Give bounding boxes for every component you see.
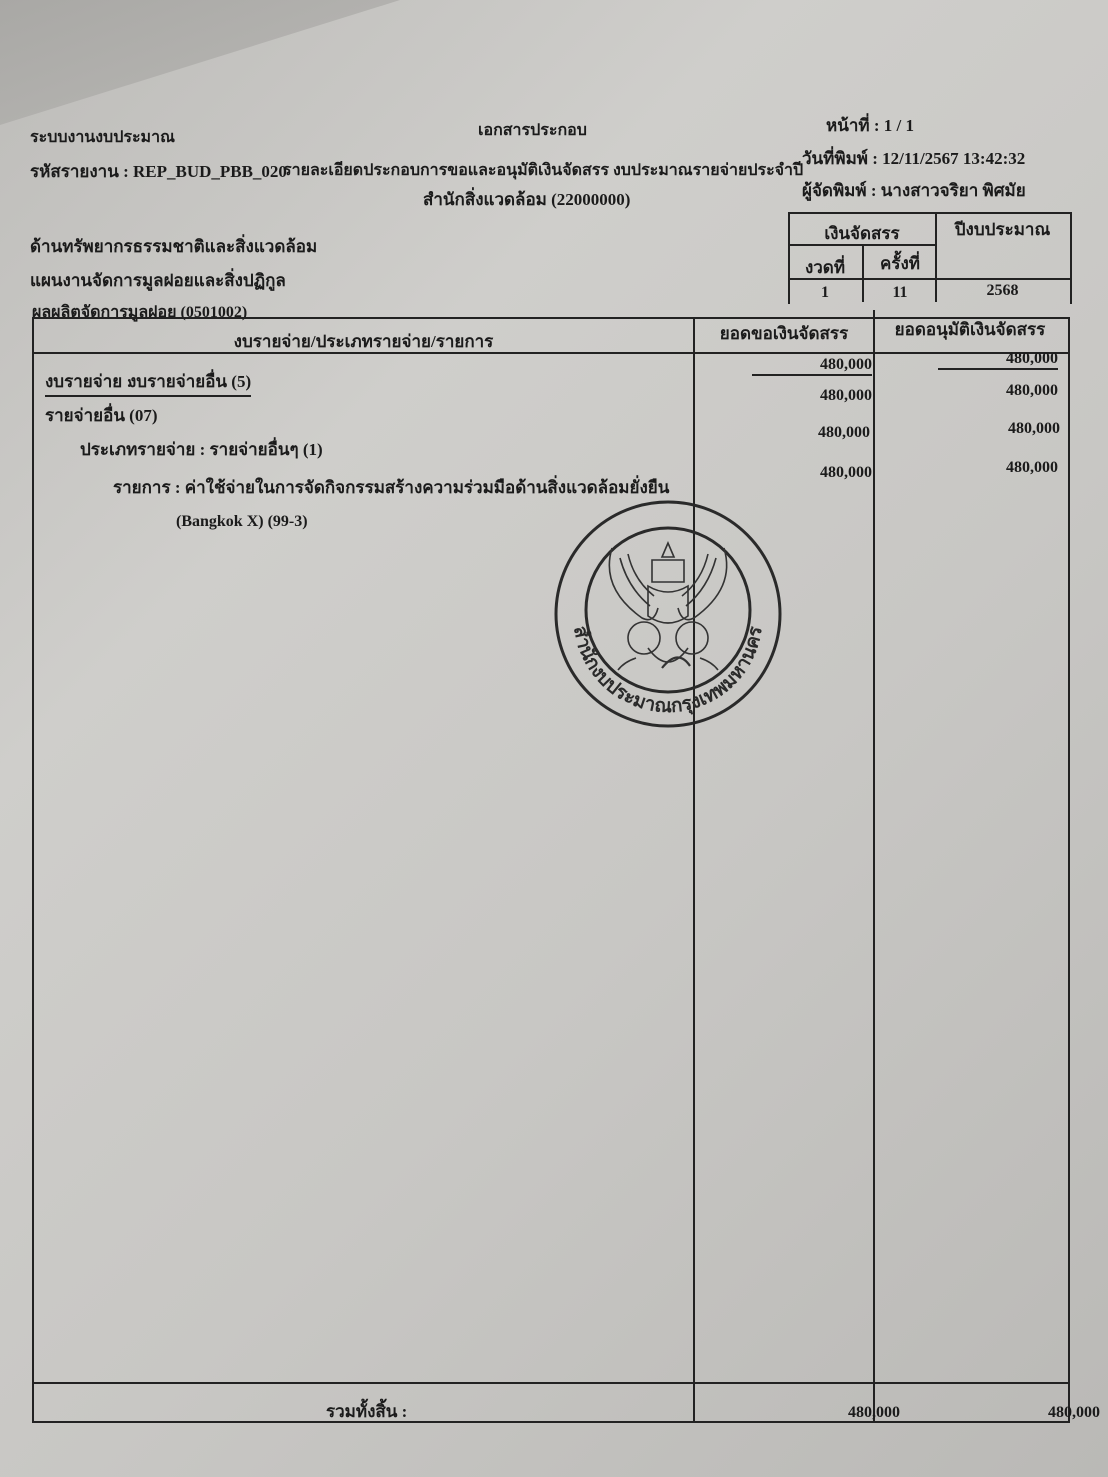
- row-label: รายจ่ายอื่น (07): [45, 402, 158, 429]
- total-divider: [32, 1382, 1068, 1384]
- total-label: รวมทั้งสิ้น :: [326, 1398, 407, 1425]
- total-approved: 480,000: [980, 1404, 1100, 1422]
- page-number: หน้าที่ : 1 / 1: [826, 112, 914, 139]
- requested-amount: 480,000: [752, 464, 872, 482]
- approved-amount: 480,000: [938, 459, 1058, 477]
- row-label: ประเภทรายจ่าย : รายจ่ายอื่นๆ (1): [80, 436, 323, 463]
- approved-amount: 480,000: [938, 382, 1058, 400]
- fiscal-year-value: 2568: [937, 282, 1068, 300]
- allocation-header: เงินจัดสรร: [788, 220, 936, 247]
- area-label: ด้านทรัพยากรธรรมชาติและสิ่งแวดล้อม: [30, 233, 317, 260]
- fiscal-year-header: ปีงบประมาณ: [937, 216, 1068, 243]
- round-value: 11: [864, 284, 936, 302]
- document-type: เอกสารประกอบ: [478, 118, 587, 143]
- system-name: ระบบงานงบประมาณ: [30, 125, 175, 150]
- print-date: วันที่พิมพ์ : 12/11/2567 13:42:32: [802, 145, 1025, 172]
- row-label: รายการ : ค่าใช้จ่ายในการจัดกิจกรรมสร้างค…: [113, 474, 669, 501]
- printed-by: ผู้จัดพิมพ์ : นางสาวจริยา พิศมัย: [802, 177, 1026, 204]
- approved-amount: 480,000: [938, 350, 1058, 370]
- agency-name: สำนักสิ่งแวดล้อม (22000000): [423, 186, 630, 213]
- column-header-item: งบรายจ่าย/ประเภทรายจ่าย/รายการ: [34, 328, 693, 355]
- total-requested: 480,000: [780, 1404, 900, 1422]
- column-header-approved: ยอดอนุมัติเงินจัดสรร: [875, 316, 1065, 343]
- row-label: งบรายจ่าย :: [45, 368, 132, 397]
- approved-amount: 480,000: [940, 420, 1060, 438]
- column-divider: [693, 317, 695, 1421]
- installment-header: งวดที่: [788, 254, 862, 281]
- plan-label: แผนงานจัดการมูลฝอยและสิ่งปฏิกูล: [30, 267, 286, 294]
- report-code: รหัสรายงาน : REP_BUD_PBB_020: [30, 158, 287, 185]
- garuda-emblem-icon: สำนักงบประมาณกรุงเทพมหานคร: [552, 498, 784, 730]
- round-header: ครั้งที่: [864, 250, 936, 277]
- requested-amount: 480,000: [750, 424, 870, 442]
- report-title: รายละเอียดประกอบการขอและอนุมัติเงินจัดสร…: [283, 158, 803, 183]
- row-label: (Bangkok X) (99-3): [176, 513, 308, 531]
- installment-value: 1: [788, 284, 862, 302]
- requested-amount: 480,000: [752, 387, 872, 405]
- column-header-requested: ยอดขอเงินจัดสรร: [695, 320, 873, 347]
- row-label: งบรายจ่ายอื่น (5): [128, 368, 251, 397]
- requested-amount: 480,000: [752, 356, 872, 376]
- column-divider: [873, 310, 875, 1421]
